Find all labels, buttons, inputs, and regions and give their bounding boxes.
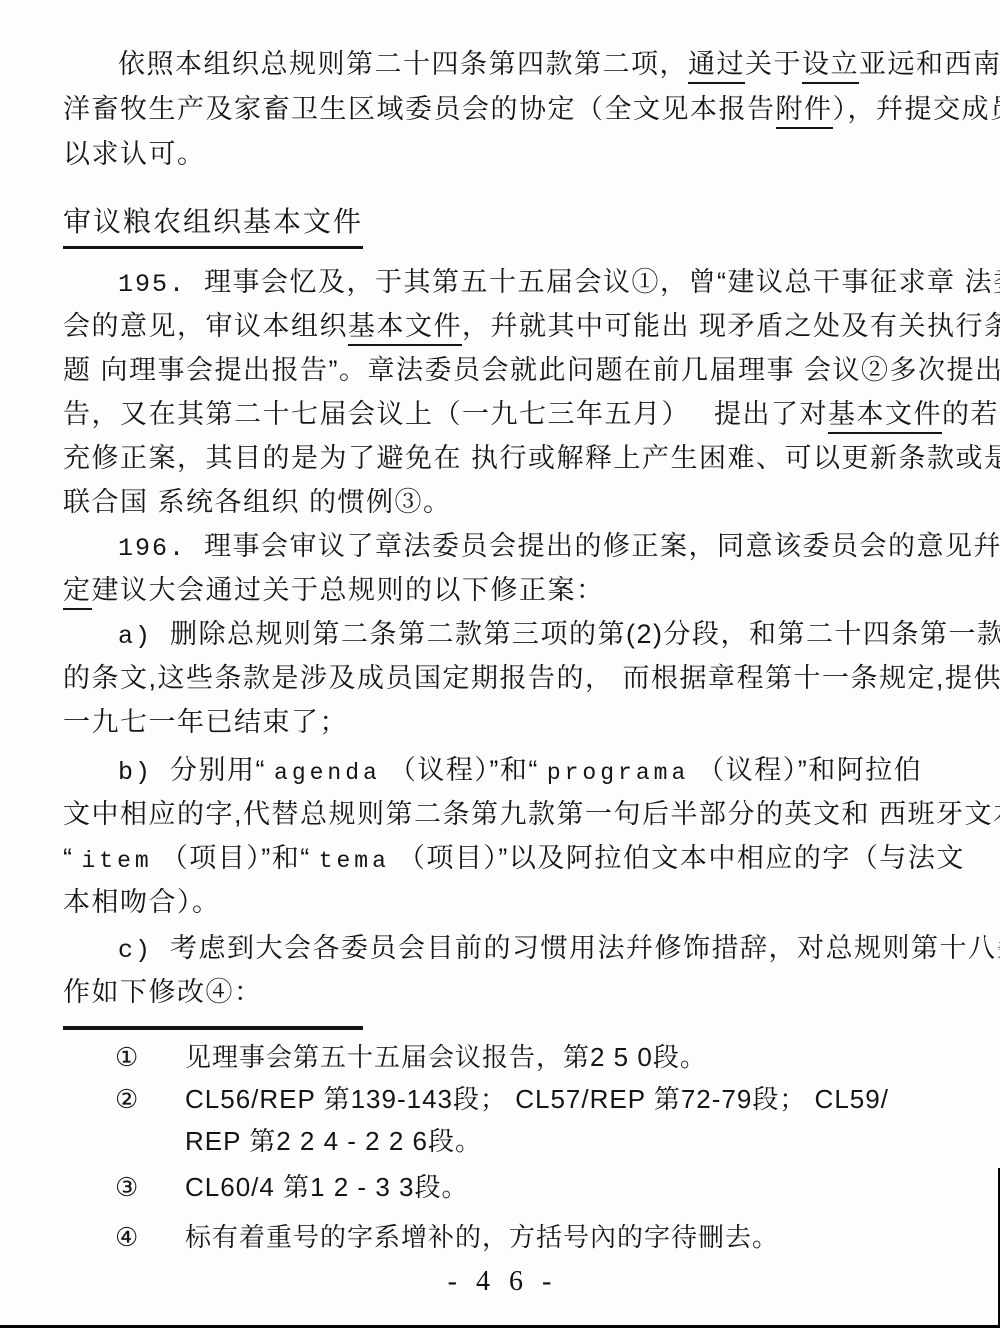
footnote-4: ④标有着重号的字系增补的，方括号內的字待刪去。 — [63, 1216, 942, 1258]
text-line: “item（项目）”和“tema（项目）”以及阿拉伯文本中相应的字（与法文 — [63, 836, 942, 880]
text-segment: （议程）”和“ — [389, 755, 539, 785]
footnote-2-line-1: ②CL56/REP 第139-143段； CL57/REP 第72-79段； C… — [63, 1078, 942, 1120]
footnote-text: CL56/REP 第139-143段； CL57/REP 第72-79段； CL… — [185, 1078, 889, 1120]
underlined-text: 基本文件 — [828, 399, 942, 434]
paragraph-number: 196. — [118, 534, 186, 563]
text-segment: （项目）”和“ — [161, 843, 311, 873]
footnote-marker: ③ — [63, 1166, 185, 1208]
paragraph-intro: 依照本组织总规则第二十四条第四款第二项，通过关于设立亚远和西南太平 洋畜牧生产及… — [63, 42, 942, 177]
text-line: 联合国 系统各组织 的惯例③。 — [63, 480, 942, 524]
text-line: 一九七一年已结束了； — [63, 700, 942, 744]
text-segment: 考虑到大会各委员会目前的习惯用法幷修饰措辞，对总规则第十八条 — [170, 933, 1000, 963]
text-line: 文中相应的字,代替总规则第二条第九款第一句后半部分的英文和 西班牙文本中的 — [63, 792, 942, 836]
footnotes: ①见理事会第五十五届会议报告，第2 5 0段。 ②CL56/REP 第139-1… — [63, 1036, 942, 1258]
text-segment: 的条文,这些条款是涉及成员国定期报告的， 而根据章程第十一条规定,提供报告到 — [63, 663, 1000, 693]
latin-term: programa — [547, 760, 689, 786]
text-segment: “ — [63, 843, 74, 873]
text-segment: （议程）”和阿拉伯 — [697, 755, 922, 785]
list-item-c: c)考虑到大会各委员会目前的习惯用法幷修饰措辞，对总规则第十八条 作如下修改④： — [63, 926, 942, 1014]
text-line: 195.理事会忆及，于其第五十五届会议①，曾“建议总干事征求章 法委员 — [63, 260, 942, 304]
list-item-b: b)分别用“agenda（议程）”和“programa（议程）”和阿拉伯 文中相… — [63, 748, 942, 924]
text-segment: 理事会忆及，于其第五十五届会议①，曾“建议总干事征求章 法委员 — [204, 267, 1000, 297]
text-segment: 告，又在其第二十七届会议上（一九七三年五月） 提出了对 — [63, 399, 828, 429]
footnote-marker — [63, 1120, 185, 1162]
text-line: 本相吻合）。 — [63, 880, 942, 924]
text-line: 充修正案，其目的是为了避免在 执行或解释上产生困难、可以更新条款或是遵循 — [63, 436, 942, 480]
latin-term: agenda — [274, 760, 381, 786]
latin-term: tema — [319, 848, 390, 874]
text-line: 依照本组织总规则第二十四条第四款第二项，通过关于设立亚远和西南太平 — [63, 42, 942, 87]
item-label: a) — [118, 622, 152, 651]
footnote-2-line-2: REP 第2 2 4 - 2 2 6段。 — [63, 1120, 942, 1162]
text-line: 作如下修改④： — [63, 970, 942, 1014]
section-heading: 审议粮农组织基本文件 — [63, 203, 363, 249]
text-segment: ，幷就其中可能出 现矛盾之处及有关执行条款问 — [462, 311, 1000, 341]
text-line: 题 向理事会提出报告”。章法委员会就此问题在前几届理事 会议②多次提出了报 — [63, 348, 942, 392]
text-segment: （项目）”以及阿拉伯文本中相应的字（与法文 — [398, 843, 965, 873]
text-line: 定建议大会通过关于总规则的以下修正案： — [63, 568, 942, 612]
text-segment: 删除总规则第二条第二款第三项的第(2)分段，和第二十四条第一款第四项 — [170, 619, 1000, 649]
text-segment: 作如下修改④： — [63, 977, 263, 1007]
footnote-marker: ① — [63, 1036, 185, 1078]
text-line: a)删除总规则第二条第二款第三项的第(2)分段，和第二十四条第一款第四项 — [63, 612, 942, 656]
document-page: 依照本组织总规则第二十四条第四款第二项，通过关于设立亚远和西南太平 洋畜牧生产及… — [0, 0, 1000, 1328]
underlined-text: 附件 — [776, 94, 833, 129]
footnote-marker: ② — [63, 1078, 185, 1120]
paragraph-196: 196.理事会审议了章法委员会提出的修正案，同意该委员会的意见幷决 定建议大会通… — [63, 524, 942, 612]
text-line: b)分别用“agenda（议程）”和“programa（议程）”和阿拉伯 — [63, 748, 942, 792]
text-segment: 依照本组织总规则第二十四条第四款第二项， — [118, 49, 688, 79]
text-segment: 建议大会通过关于总规则的以下修正案： — [92, 575, 605, 605]
latin-term: item — [82, 848, 153, 874]
page-number: - 4 6 - — [63, 1266, 942, 1298]
text-segment: 题 向理事会提出报告”。章法委员会就此问题在前几届理事 会议②多次提出了报 — [63, 355, 1000, 385]
text-segment: 本相吻合）。 — [63, 887, 221, 917]
text-segment: 以求认可。 — [63, 139, 206, 169]
footnote-marker: ④ — [63, 1216, 185, 1258]
text-line: 的条文,这些条款是涉及成员国定期报告的， 而根据章程第十一条规定,提供报告到 — [63, 656, 942, 700]
text-line: 会的意见，审议本组织基本文件，幷就其中可能出 现矛盾之处及有关执行条款问 — [63, 304, 942, 348]
text-segment: 联合国 系统各组织 的惯例③。 — [63, 487, 452, 517]
text-segment: 洋畜牧生产及家畜卫生区域委员会的协定（全文见本报告 — [63, 94, 776, 124]
item-label: b) — [118, 758, 152, 787]
text-segment: 理事会审议了章法委员会提出的修正案，同意该委员会的意见幷 — [204, 531, 1000, 561]
paragraph-195: 195.理事会忆及，于其第五十五届会议①，曾“建议总干事征求章 法委员 会的意见… — [63, 260, 942, 524]
section-heading-row: 审议粮农组织基本文件 — [63, 203, 942, 250]
text-segment: 的若干补 — [942, 399, 1000, 429]
text-segment: 文中相应的字,代替总规则第二条第九款第一句后半部分的英文和 西班牙文本中的 — [63, 799, 1000, 829]
underlined-text: 设立 — [802, 49, 859, 84]
text-line: 告，又在其第二十七届会议上（一九七三年五月） 提出了对基本文件的若干补 — [63, 392, 942, 436]
underlined-text: 通过 — [688, 49, 745, 84]
footnote-text: REP 第2 2 4 - 2 2 6段。 — [185, 1120, 482, 1162]
footnote-3: ③CL60/4 第1 2 - 3 3段。 — [63, 1166, 942, 1208]
footnote-separator-rule — [63, 1026, 363, 1030]
footnote-1: ①见理事会第五十五届会议报告，第2 5 0段。 — [63, 1036, 942, 1078]
text-segment: 分别用“ — [170, 755, 266, 785]
text-segment: 关于 — [745, 49, 802, 79]
footnote-text: 标有着重号的字系增补的，方括号內的字待刪去。 — [185, 1216, 779, 1258]
text-segment: 充修正案，其目的是为了避免在 执行或解释上产生困难、可以更新条款或是遵循 — [63, 443, 1000, 473]
text-segment: 亚远和西南太平 — [859, 49, 1000, 79]
text-segment: ），幷提交成员国 — [833, 94, 1000, 124]
text-line: 以求认可。 — [63, 132, 942, 177]
text-line: 洋畜牧生产及家畜卫生区域委员会的协定（全文见本报告附件），幷提交成员国 — [63, 87, 942, 132]
text-segment: 会的意见，审议本组织 — [63, 311, 348, 341]
text-line: 196.理事会审议了章法委员会提出的修正案，同意该委员会的意见幷决 — [63, 524, 942, 568]
list-item-a: a)删除总规则第二条第二款第三项的第(2)分段，和第二十四条第一款第四项 的条文… — [63, 612, 942, 744]
text-line: c)考虑到大会各委员会目前的习惯用法幷修饰措辞，对总规则第十八条 — [63, 926, 942, 970]
text-segment: 一九七一年已结束了； — [63, 707, 348, 737]
underlined-text: 定 — [63, 575, 92, 610]
item-label: c) — [118, 936, 152, 965]
underlined-text: 基本文件 — [348, 311, 462, 346]
footnote-text: 见理事会第五十五届会议报告，第2 5 0段。 — [185, 1036, 707, 1078]
paragraph-number: 195. — [118, 270, 186, 299]
footnote-text: CL60/4 第1 2 - 3 3段。 — [185, 1166, 468, 1208]
